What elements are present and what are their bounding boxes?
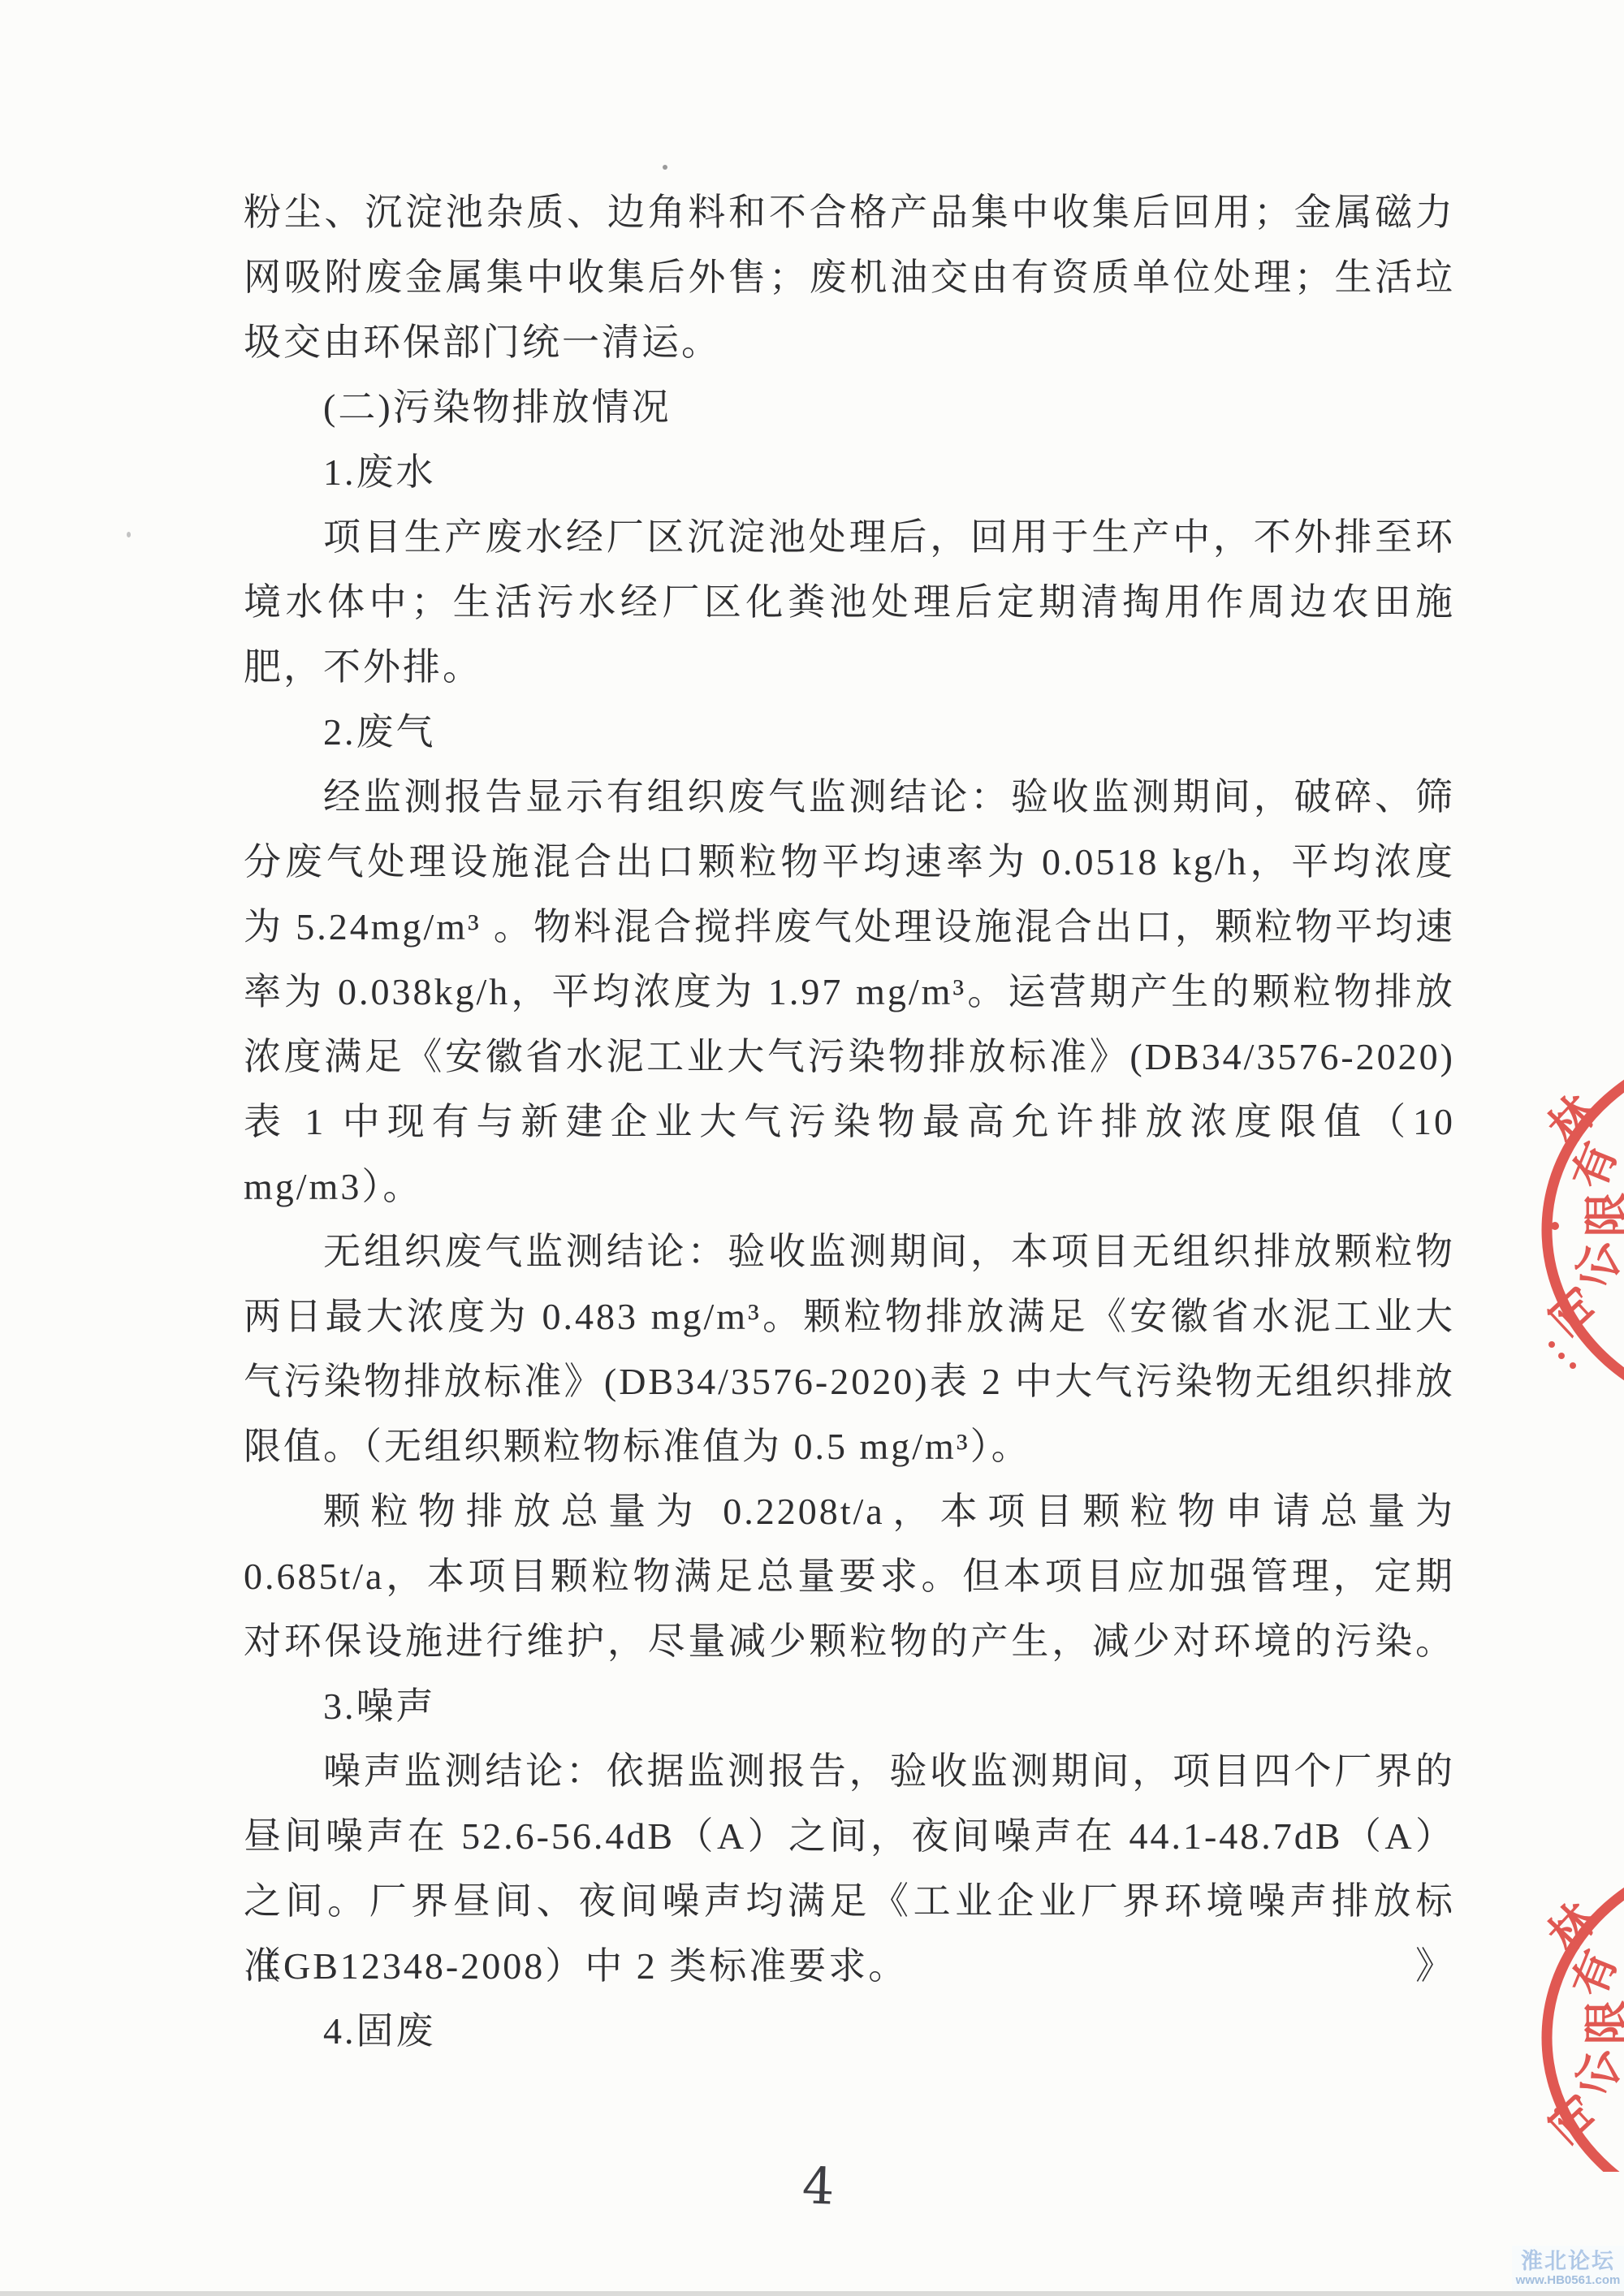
seal-ink-dot	[1570, 1362, 1576, 1369]
text-line: mg/m3）。	[244, 1154, 1455, 1219]
document-page: 粉尘、沉淀池杂质、边角料和不合格产品集中收集后回用；金属磁力网吸附废金属集中收集…	[0, 0, 1624, 2296]
text-line: 1.废水	[244, 440, 1455, 505]
text-line: 网吸附废金属集中收集后外售；废机油交由有资质单位处理；生活垃	[244, 245, 1455, 310]
text-line: 肥，不外排。	[244, 635, 1455, 700]
text-line: 气污染物排放标准》(DB34/3576-2020)表 2 中大气污染物无组织排放	[244, 1349, 1455, 1414]
seal-character: 公	[1566, 1235, 1624, 1295]
text-line: (二)污染物排放情况	[244, 375, 1455, 440]
company-seal-stamp-upper: 林 有 限 公 司	[1537, 1038, 1624, 1422]
text-line: 2.废气	[244, 700, 1455, 765]
text-line: 对环保设施进行维护，尽量减少颗粒物的产生，减少对环境的污染。	[244, 1609, 1455, 1674]
text-line: 4.固废	[244, 1999, 1455, 2064]
company-seal-stamp-lower: 林 有 限 公 司	[1537, 1831, 1624, 2172]
seal-character: 公	[1566, 2043, 1624, 2103]
seal-character: 林	[1540, 1085, 1607, 1153]
forum-watermark: 淮北论坛 www.HB0561.com	[1512, 2246, 1624, 2293]
text-line: 3.噪声	[244, 1674, 1455, 1739]
seal-ink-dot	[1565, 2120, 1571, 2126]
seal-character: 限	[1583, 1192, 1624, 1236]
watermark-site-name: 淮北论坛	[1514, 2249, 1622, 2273]
text-line: 颗粒物排放总量为 0.2208t/a，本项目颗粒物申请总量为	[244, 1479, 1455, 1544]
text-line: 无组织废气监测结论：验收监测期间，本项目无组织排放颗粒物	[244, 1219, 1455, 1284]
text-line: 0.685t/a，本项目颗粒物满足总量要求。但本项目应加强管理，定期	[244, 1544, 1455, 1609]
text-line: 浓度满足《安徽省水泥工业大气污染物排放标准》(DB34/3576-2020)	[244, 1025, 1455, 1090]
text-line: 经监测报告显示有组织废气监测结论：验收监测期间，破碎、筛	[244, 765, 1455, 830]
text-line: 昼间噪声在 52.6-56.4dB（A）之间，夜间噪声在 44.1-48.7dB…	[244, 1804, 1455, 1869]
seal-ink-dot	[1558, 1353, 1565, 1359]
text-line: 境水体中；生活污水经厂区化粪池处理后定期清掏用作周边农田施	[244, 570, 1455, 635]
text-line: 率为 0.038kg/h，平均浓度为 1.97 mg/m³。运营期产生的颗粒物排…	[244, 960, 1455, 1025]
text-line: 项目生产废水经厂区沉淀池处理后，回用于生产中，不外排至环	[244, 505, 1455, 570]
seal-ink-dot	[1554, 2108, 1561, 2114]
text-line: 限值。（无组织颗粒物标准值为 0.5 mg/m³）。	[244, 1414, 1455, 1479]
scan-speck	[127, 532, 131, 537]
seal-character: 司	[1541, 2085, 1608, 2151]
seal-character: 限	[1583, 2000, 1624, 2044]
seal-character: 有	[1564, 1136, 1624, 1196]
text-line: 为 5.24mg/m³ 。物料混合搅拌废气处理设施混合出口，颗粒物平均速	[244, 895, 1455, 960]
page-number: 4	[801, 2156, 836, 2216]
scan-speck	[663, 165, 667, 170]
text-line: 噪声监测结论：依据监测报告，验收监测期间，项目四个厂界的	[244, 1739, 1455, 1804]
watermark-site-url: www.HB0561.com	[1514, 2273, 1622, 2288]
text-line: 表 1 中现有与新建企业大气污染物最高允许排放浓度限值（10	[244, 1090, 1455, 1154]
seal-ink-dot	[1548, 1341, 1555, 1348]
seal-character: 有	[1564, 1944, 1624, 2004]
seal-ring	[1547, 1853, 1624, 2172]
text-line: 粉尘、沉淀池杂质、边角料和不合格产品集中收集后回用；金属磁力	[244, 180, 1455, 245]
seal-character: 林	[1540, 1893, 1607, 1961]
text-line: 分废气处理设施混合出口颗粒物平均速率为 0.0518 kg/h，平均浓度	[244, 830, 1455, 895]
seal-ink-dot	[1551, 1222, 1559, 1230]
seal-ring	[1547, 1045, 1624, 1415]
text-line: 圾交由环保部门统一清运。	[244, 310, 1455, 375]
document-body: 粉尘、沉淀池杂质、边角料和不合格产品集中收集后回用；金属磁力网吸附废金属集中收集…	[244, 180, 1455, 2064]
scan-bottom-edge	[0, 2291, 1624, 2296]
text-line: 之间。厂界昼间、夜间噪声均满足《工业企业厂界环境噪声排放标准》	[244, 1869, 1455, 1934]
seal-character: 司	[1541, 1277, 1608, 1344]
text-line: 两日最大浓度为 0.483 mg/m³。颗粒物排放满足《安徽省水泥工业大	[244, 1284, 1455, 1349]
